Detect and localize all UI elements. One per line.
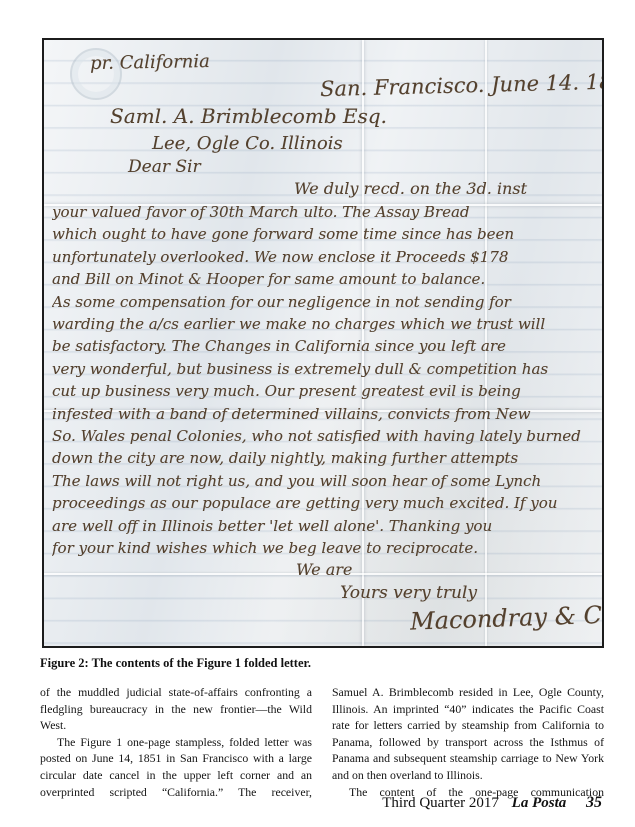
footer-issue: Third Quarter 2017 (382, 795, 499, 811)
letter-line: down the city are now, daily nightly, ma… (52, 447, 600, 469)
letter-addressee-name: Saml. A. Brimblecomb Esq. (110, 104, 387, 128)
letter-signature: Macondray & Co (410, 600, 604, 635)
letter-line: warding the a/cs earlier we make no char… (52, 313, 600, 335)
article-left-column: of the muddled judicial state-of-affairs… (40, 684, 312, 800)
letter-line: The laws will not right us, and you will… (52, 470, 600, 492)
letter-line: infested with a band of determined villa… (52, 403, 600, 425)
letter-line: and Bill on Minot & Hooper for same amou… (52, 268, 600, 290)
letter-body: your valued favor of 30th March ulto. Th… (52, 201, 600, 560)
journal-page: pr. California San. Francisco. June 14. … (0, 0, 635, 827)
letter-opening-line: We duly recd. on the 3d. inst (294, 179, 527, 198)
letter-line: As some compensation for our negligence … (52, 291, 600, 313)
letter-salutation: Dear Sir (128, 157, 201, 177)
footer-page-number: 35 (586, 794, 602, 811)
letter-line: be satisfactory. The Changes in Californ… (52, 335, 600, 357)
article-right-column: Samuel A. Brimblecomb resided in Lee, Og… (332, 684, 604, 800)
letter-line: your valued favor of 30th March ulto. Th… (52, 201, 600, 223)
paragraph: of the muddled judicial state-of-affairs… (40, 684, 312, 734)
letter-line: which ought to have gone forward some ti… (52, 223, 600, 245)
letter-line: So. Wales penal Colonies, who not satisf… (52, 425, 600, 447)
page-footer: Third Quarter 2017 La Posta 35 (382, 794, 602, 812)
letter-closing: We are (296, 560, 352, 579)
footer-journal-title: La Posta (512, 795, 567, 811)
letter-line: cut up business very much. Our present g… (52, 380, 600, 402)
letter-line: proceedings as our populace are getting … (52, 492, 600, 514)
article-body: of the muddled judicial state-of-affairs… (40, 684, 604, 800)
letter-addressee-place: Lee, Ogle Co. Illinois (152, 133, 343, 154)
figure-2-letter-scan: pr. California San. Francisco. June 14. … (42, 38, 604, 648)
letter-line: are well off in Illinois better 'let wel… (52, 515, 600, 537)
letter-closing: Yours very truly (340, 583, 477, 603)
paragraph: The Figure 1 one-page stampless, folded … (40, 734, 312, 800)
paragraph: Samuel A. Brimblecomb resided in Lee, Og… (332, 684, 604, 784)
letter-line: for your kind wishes which we beg leave … (52, 537, 600, 559)
letter-line: unfortunately overlooked. We now enclose… (52, 246, 600, 268)
letter-route-endorsement: pr. California (90, 51, 210, 74)
letter-line: very wonderful, but business is extremel… (52, 358, 600, 380)
figure-caption: Figure 2: The contents of the Figure 1 f… (40, 656, 604, 671)
